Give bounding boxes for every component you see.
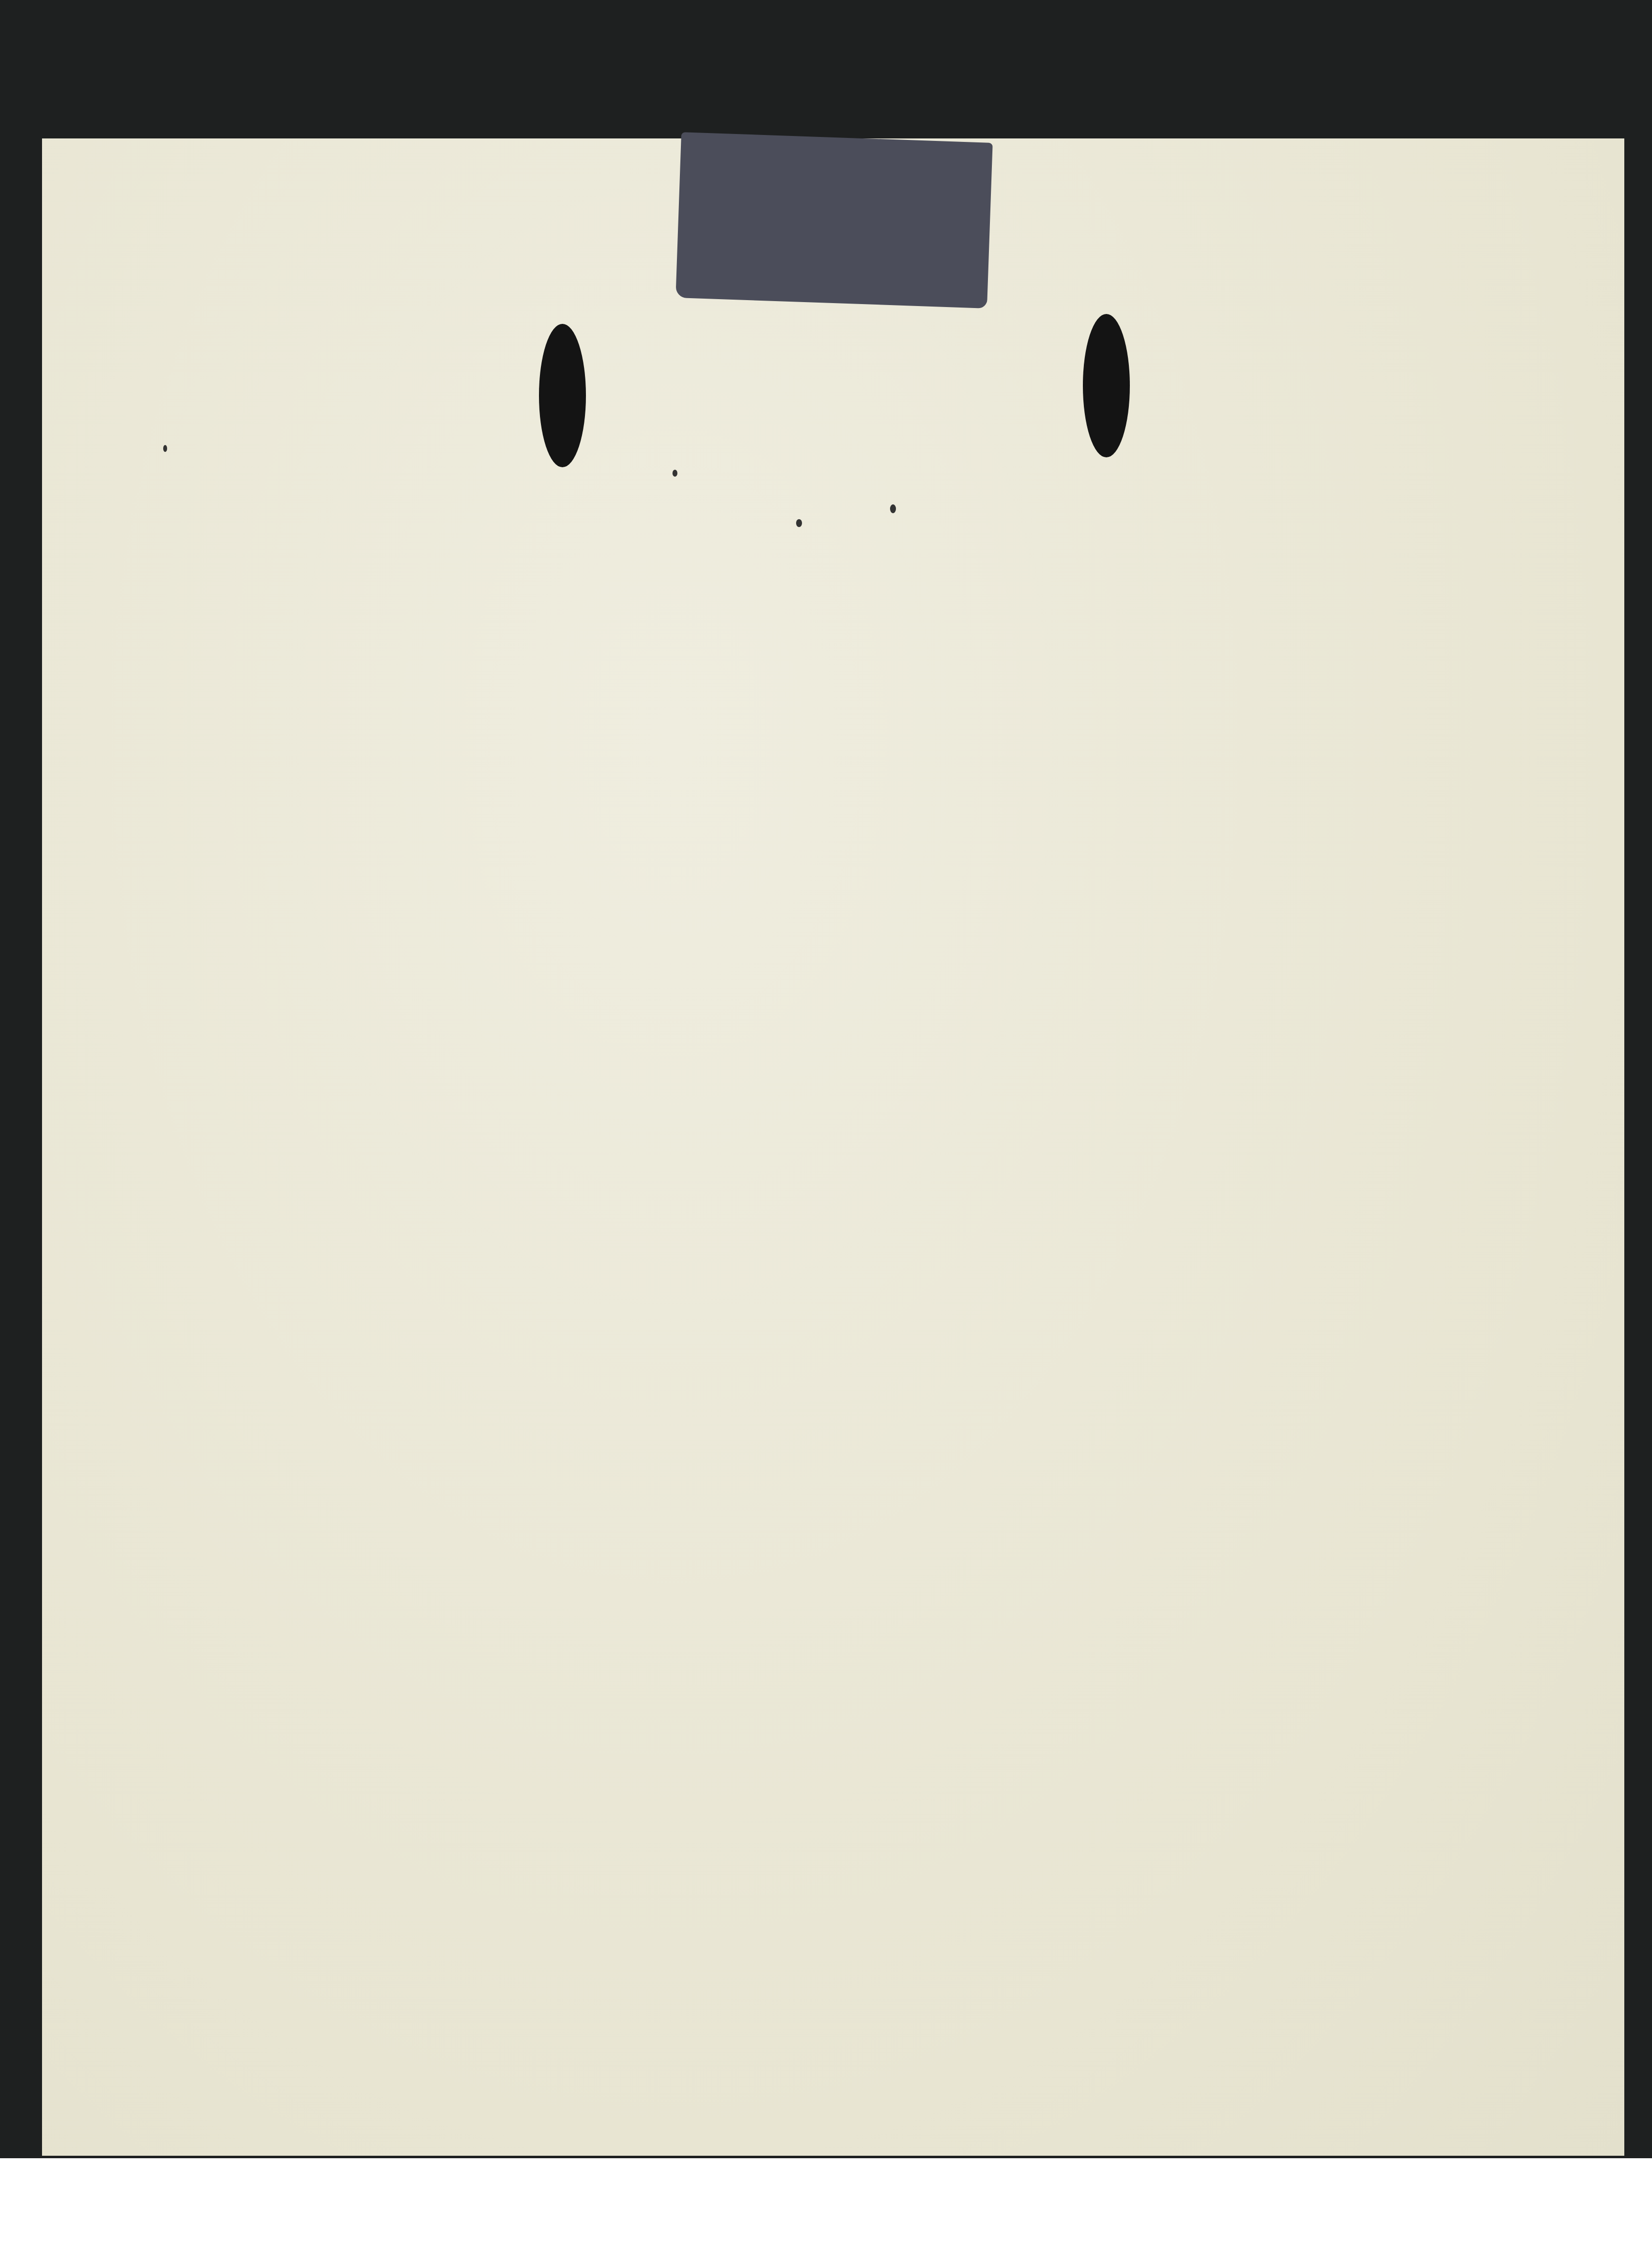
ink-speck	[672, 470, 677, 477]
ink-speck	[890, 504, 896, 513]
redaction-bar-top	[675, 132, 992, 309]
document-page	[42, 138, 1624, 2156]
punch-hole-right	[1083, 314, 1130, 457]
ink-speck	[163, 445, 167, 452]
punch-hole-left	[539, 324, 586, 467]
ink-speck	[796, 519, 802, 527]
